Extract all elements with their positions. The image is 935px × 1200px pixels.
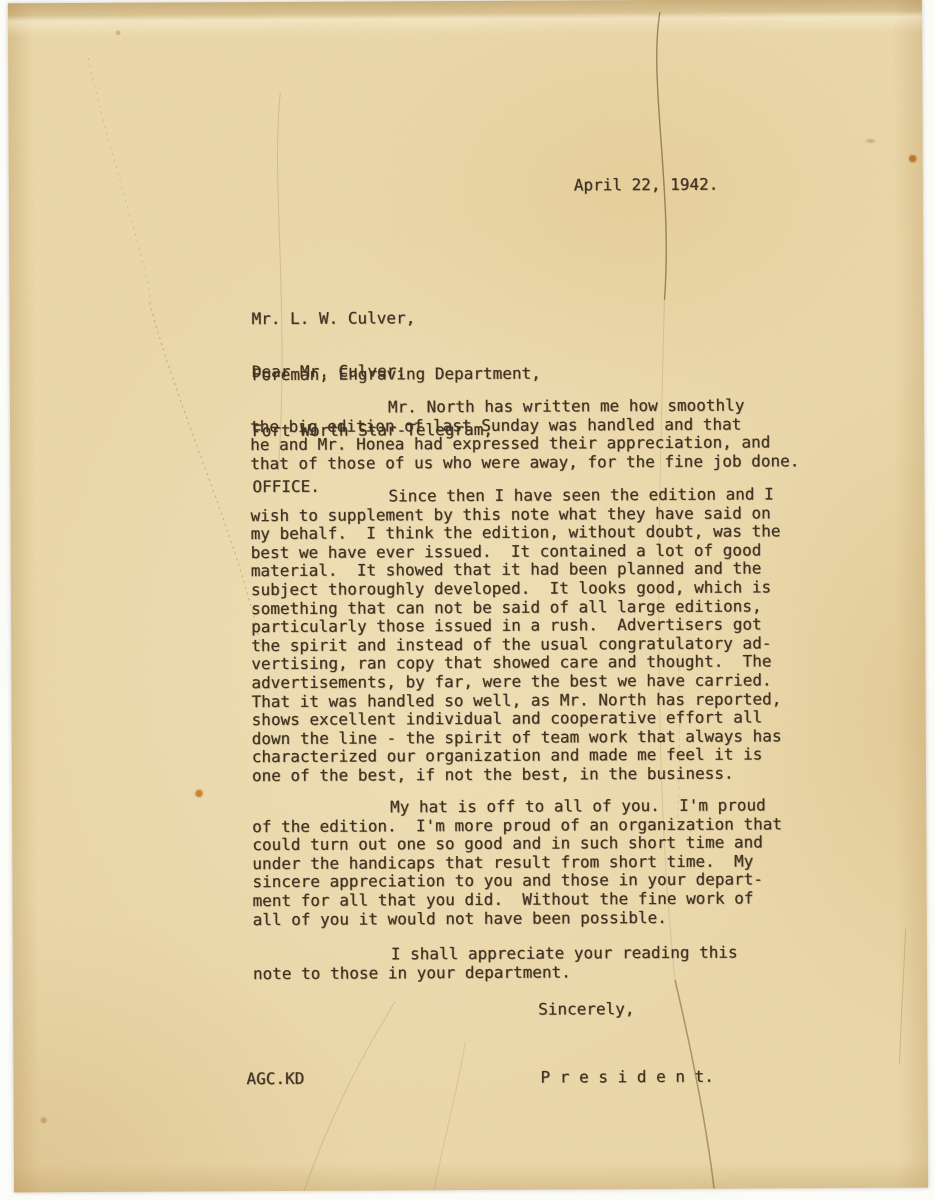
salutation: Dear Mr. Culver: <box>252 362 406 381</box>
letter-page: April 22, 1942. Mr. L. W. Culver, Forema… <box>8 0 928 1192</box>
paragraph-4: I shall appreciate your reading this not… <box>253 943 833 983</box>
letter-date: April 22, 1942. <box>574 176 719 195</box>
paragraph-3: My hat is off to all of you. I'm proud o… <box>252 796 833 929</box>
scan-background: { "page": { "background_color": "#fbfbf8… <box>0 0 935 1200</box>
recipient-name: Mr. L. W. Culver, <box>252 309 541 329</box>
signature-title: P r e s i d e n t. <box>540 1068 713 1088</box>
paragraph-2: Since then I have seen the edition and I… <box>250 485 832 786</box>
typist-initials: AGC.KD <box>246 1070 304 1089</box>
closing: Sincerely, <box>538 1000 634 1019</box>
paragraph-1: Mr. North has written me how smoothly th… <box>250 396 830 473</box>
